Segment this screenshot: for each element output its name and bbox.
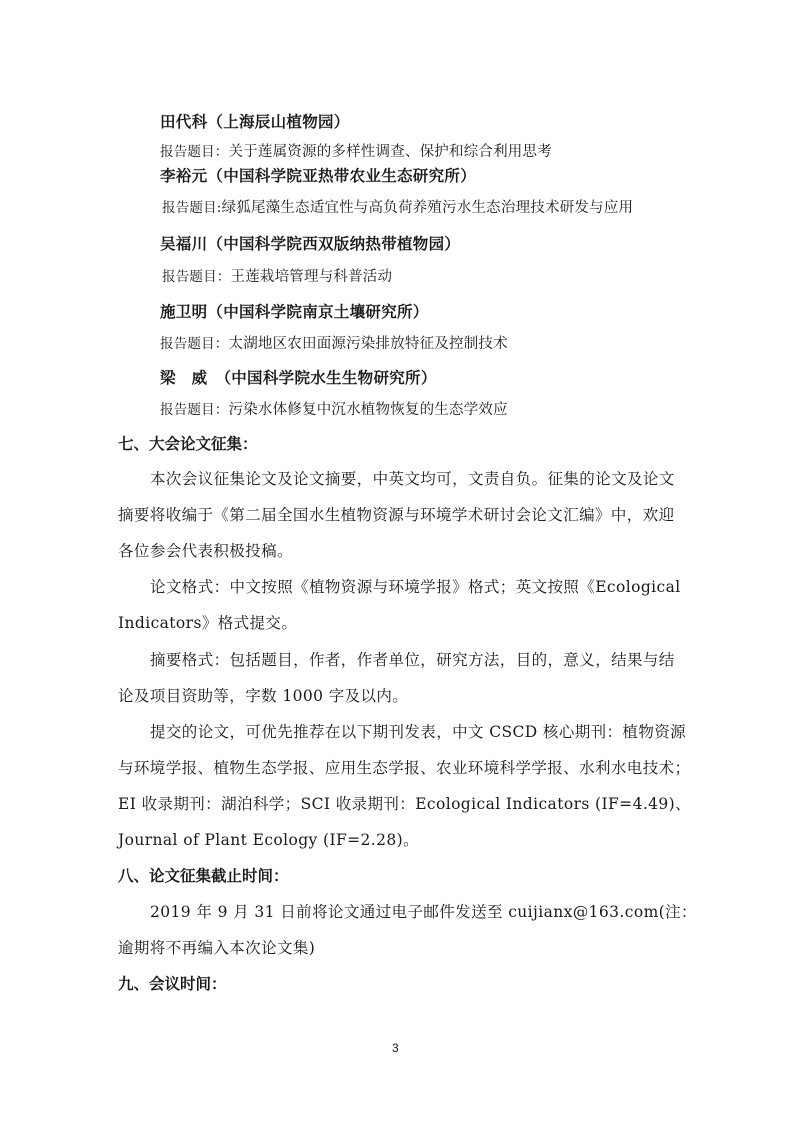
- speaker-name: 吴福川（中国科学院西双版纳热带植物园）: [160, 232, 460, 254]
- paragraph-line: 提交的论文，可优先推荐在以下期刊发表，中文 CSCD 核心期刊：植物资源: [150, 720, 686, 742]
- paragraph-line: EI 收录期刊：湖泊科学；SCI 收录期刊：Ecological Indicat…: [118, 792, 691, 814]
- paragraph-line: 与环境学报、植物生态学报、应用生态学报、农业环境科学学报、水利水电技术；: [118, 756, 690, 778]
- paragraph-line: 摘要将收编于《第二届全国水生植物资源与环境学术研讨会论文汇编》中，欢迎: [118, 503, 675, 525]
- speaker-topic: 报告题目：污染水体修复中沉水植物恢复的生态学效应: [160, 398, 508, 419]
- topic-label: 报告题目：: [162, 269, 231, 285]
- paragraph-line: 各位参会代表积极投稿。: [118, 539, 293, 561]
- topic-text: 王莲栽培管理与科普活动: [231, 269, 393, 285]
- speaker-topic: 报告题目：关于莲属资源的多样性调查、保护和综合利用思考: [160, 140, 552, 161]
- topic-label: 报告题目:: [162, 200, 222, 216]
- paragraph-line: 论文格式：中文按照《植物资源与环境学报》格式；英文按照《Ecological: [150, 575, 681, 597]
- topic-text: 太湖地区农田面源污染排放特征及控制技术: [229, 336, 508, 352]
- page-number: 3: [392, 1041, 399, 1055]
- paragraph-line: 摘要格式：包括题目，作者，作者单位，研究方法，目的，意义，结果与结: [150, 648, 675, 670]
- section-heading-8: 八、论文征集截止时间：: [118, 864, 289, 886]
- speaker-topic: 报告题目:绿狐尾藻生态适宜性与高负荷养殖污水生态治理技术研发与应用: [162, 196, 633, 217]
- paragraph-line: Journal of Plant Ecology (IF=2.28)。: [118, 828, 419, 850]
- topic-label: 报告题目：: [160, 336, 229, 352]
- speaker-name: 李裕元（中国科学院亚热带农业生态研究所）: [160, 164, 476, 186]
- speaker-name: 施卫明（中国科学院南京土壤研究所）: [160, 300, 429, 322]
- section-heading-7: 七、大会论文征集：: [118, 432, 258, 454]
- paragraph-line: 逾期将不再编入本次论文集): [118, 936, 315, 958]
- topic-text: 污染水体修复中沉水植物恢复的生态学效应: [229, 402, 508, 418]
- section-heading-9: 九、会议时间：: [118, 972, 227, 994]
- topic-label: 报告题目：: [160, 402, 229, 418]
- topic-text: 关于莲属资源的多样性调查、保护和综合利用思考: [229, 144, 552, 160]
- topic-text: 绿狐尾藻生态适宜性与高负荷养殖污水生态治理技术研发与应用: [222, 200, 634, 216]
- topic-label: 报告题目：: [160, 144, 229, 160]
- paragraph-line: 论及项目资助等，字数 1000 字及以内。: [118, 684, 408, 706]
- speaker-topic: 报告题目：太湖地区农田面源污染排放特征及控制技术: [160, 332, 508, 353]
- speaker-name: 梁 威 （中国科学院水生生物研究所）: [160, 366, 437, 388]
- paragraph-line: 2019 年 9 月 31 日前将论文通过电子邮件发送至 cuijianx@16…: [150, 900, 697, 922]
- speaker-name: 田代科（上海辰山植物园）: [160, 110, 350, 132]
- paragraph-line: Indicators》格式提交。: [118, 611, 297, 633]
- paragraph-line: 本次会议征集论文及论文摘要，中英文均可，文责自负。征集的论文及论文: [150, 467, 675, 489]
- speaker-topic: 报告题目：王莲栽培管理与科普活动: [162, 265, 392, 286]
